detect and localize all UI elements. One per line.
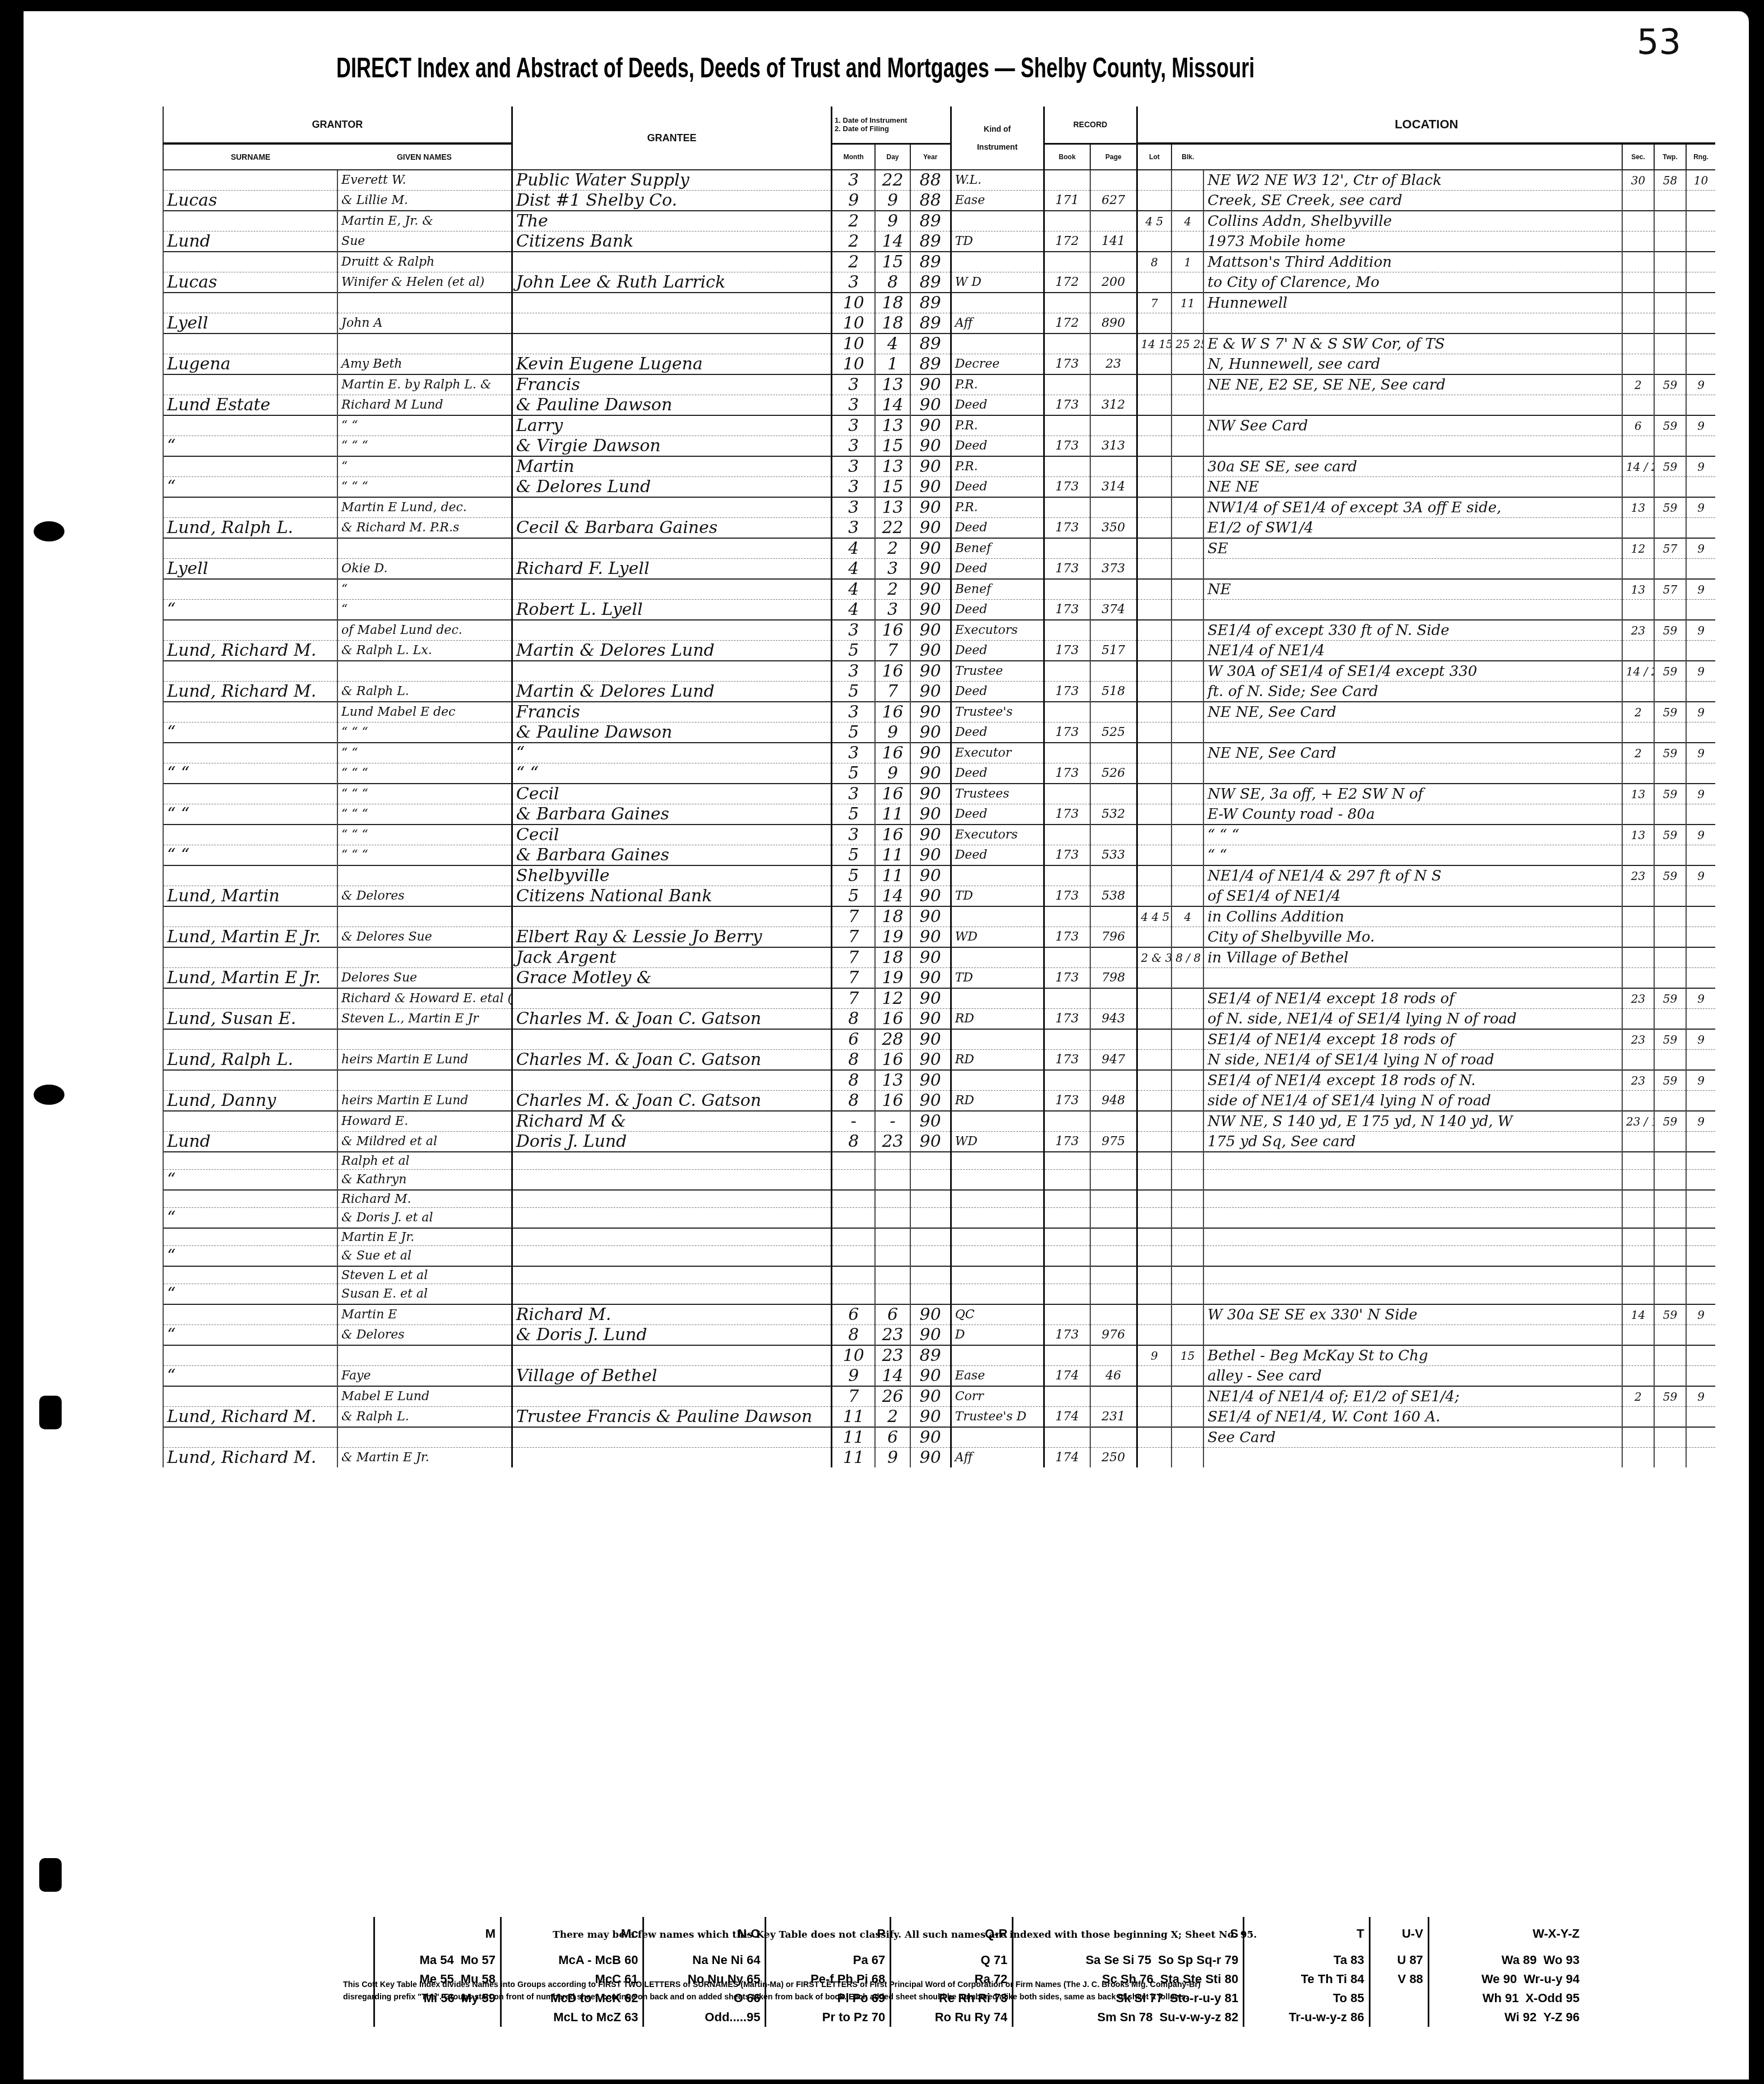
surname-cell xyxy=(163,1190,337,1208)
rng-cell xyxy=(1686,845,1715,866)
twp-cell xyxy=(1654,1407,1686,1428)
blk-cell xyxy=(1172,1284,1203,1305)
lot-cell xyxy=(1137,559,1172,580)
sec-cell: 14 xyxy=(1622,1304,1654,1325)
month-cell: 5 xyxy=(832,763,876,784)
key-group-letter: W-X-Y-Z xyxy=(1428,1917,1584,1951)
twp-cell xyxy=(1654,293,1686,313)
kind-cell: P.R. xyxy=(951,415,1044,436)
year-cell: 90 xyxy=(910,1448,951,1468)
location-cell: E & W S 7' N & S SW Cor, of TS xyxy=(1203,334,1622,354)
year-cell: 90 xyxy=(910,1304,951,1325)
location-cell xyxy=(1203,1448,1622,1468)
year-cell: 90 xyxy=(910,538,951,559)
twp-cell: 59 xyxy=(1654,702,1686,723)
table-row: Lund, Richard M.& Ralph L.Trustee Franci… xyxy=(163,1407,1715,1428)
lot-cell xyxy=(1137,1091,1172,1112)
kind-cell xyxy=(951,1170,1044,1191)
grantee-cell xyxy=(512,1029,831,1050)
month-cell: 6 xyxy=(832,1304,876,1325)
given-names-cell: Sue xyxy=(337,231,512,252)
book-cell xyxy=(1044,661,1090,682)
sec-cell: 23 xyxy=(1622,988,1654,1009)
year-cell: 90 xyxy=(910,784,951,804)
grantee-cell: Charles M. & Joan C. Gatson xyxy=(512,1091,831,1112)
year-cell: 90 xyxy=(910,456,951,477)
year-cell: 90 xyxy=(910,620,951,641)
rng-cell xyxy=(1686,211,1715,231)
year-cell: 89 xyxy=(910,231,951,252)
page-cell xyxy=(1090,1345,1137,1366)
year-cell xyxy=(910,1152,951,1170)
month-cell: 2 xyxy=(832,231,876,252)
year-cell: 90 xyxy=(910,988,951,1009)
twp-cell xyxy=(1654,1228,1686,1246)
lot-cell xyxy=(1137,804,1172,825)
grantee-cell xyxy=(512,988,831,1009)
book-cell: 173 xyxy=(1044,559,1090,580)
key-entry: Sm Sn 78 xyxy=(1098,2010,1153,2024)
day-cell: 19 xyxy=(875,968,910,989)
twp-cell xyxy=(1654,1009,1686,1030)
grantee-cell xyxy=(512,1208,831,1229)
day-cell: 23 xyxy=(875,1132,910,1152)
rng-cell: 9 xyxy=(1686,702,1715,723)
book-cell xyxy=(1044,988,1090,1009)
rng-cell: 9 xyxy=(1686,415,1715,436)
page-cell: 313 xyxy=(1090,436,1137,457)
twp-cell xyxy=(1654,600,1686,620)
blk-cell xyxy=(1172,1009,1203,1030)
sec-cell: 2 xyxy=(1622,702,1654,723)
page-cell: 890 xyxy=(1090,313,1137,334)
lot-header: Lot xyxy=(1137,143,1172,170)
key-entry: Wo 93 xyxy=(1544,1953,1580,1967)
page-cell xyxy=(1090,211,1137,231)
key-entry: Wa 89 xyxy=(1502,1953,1537,1967)
table-row: “& Kathryn xyxy=(163,1170,1715,1191)
grantee-cell: Richard M & xyxy=(512,1111,831,1132)
lot-cell: 4 5 xyxy=(1137,211,1172,231)
kind-cell: Executors xyxy=(951,825,1044,845)
location-cell xyxy=(1203,1170,1622,1191)
surname-cell: Lund, Richard M. xyxy=(163,641,337,661)
month-cell: 5 xyxy=(832,641,876,661)
blk-cell xyxy=(1172,374,1203,395)
twp-cell xyxy=(1654,886,1686,907)
month-cell: 3 xyxy=(832,620,876,641)
kind-cell: Aff xyxy=(951,313,1044,334)
kind-cell xyxy=(951,1246,1044,1267)
page-cell: 517 xyxy=(1090,641,1137,661)
surname-cell: “ xyxy=(163,1170,337,1191)
kind-cell: Trustee's xyxy=(951,702,1044,723)
blk-cell xyxy=(1172,559,1203,580)
year-cell: 90 xyxy=(910,763,951,784)
table-row: Lund, Martin E Jr.& Delores SueElbert Ra… xyxy=(163,927,1715,948)
rng-cell: 9 xyxy=(1686,538,1715,559)
table-row: Lund Mabel E decFrancis31690Trustee'sNE … xyxy=(163,702,1715,723)
table-row: “ ““ “ “& Barbara Gaines51190Deed173532E… xyxy=(163,804,1715,825)
year-cell xyxy=(910,1190,951,1208)
rng-cell xyxy=(1686,354,1715,375)
key-table-note: There may be a few names which this Key … xyxy=(553,1929,1257,1941)
month-cell: 3 xyxy=(832,477,876,498)
month-cell: 7 xyxy=(832,906,876,927)
blk-cell xyxy=(1172,968,1203,989)
page-cell xyxy=(1090,415,1137,436)
given-names-cell: & Ralph L. xyxy=(337,1407,512,1428)
book-cell: 174 xyxy=(1044,1407,1090,1428)
sec-cell xyxy=(1622,1284,1654,1305)
location-cell: E-W County road - 80a xyxy=(1203,804,1622,825)
blk-cell xyxy=(1172,763,1203,784)
grantee-cell xyxy=(512,1386,831,1407)
blk-cell xyxy=(1172,415,1203,436)
kind-cell xyxy=(951,334,1044,354)
key-entry: Tr-u-w-y-z 86 xyxy=(1289,2010,1364,2024)
grantee-cell: Larry xyxy=(512,415,831,436)
key-entry: Ro Ru Ry 74 xyxy=(935,2010,1008,2024)
day-cell: 14 xyxy=(875,395,910,416)
book-cell: 173 xyxy=(1044,886,1090,907)
book-cell: 173 xyxy=(1044,723,1090,743)
page-cell: 533 xyxy=(1090,845,1137,866)
rng-cell xyxy=(1686,231,1715,252)
month-cell: 7 xyxy=(832,968,876,989)
table-row: ““ “ “& Pauline Dawson5990Deed173525 xyxy=(163,723,1715,743)
table-row: “4290BenefNE13579 xyxy=(163,579,1715,600)
grantee-cell: Charles M. & Joan C. Gatson xyxy=(512,1050,831,1071)
page-cell: 312 xyxy=(1090,395,1137,416)
given-names-cell: “ “ “ xyxy=(337,845,512,866)
surname-cell: Lund xyxy=(163,231,337,252)
page-cell xyxy=(1090,1208,1137,1229)
rng-cell xyxy=(1686,477,1715,498)
book-cell: 173 xyxy=(1044,763,1090,784)
blk-cell xyxy=(1172,538,1203,559)
blk-cell xyxy=(1172,191,1203,211)
given-names-cell: & Doris J. et al xyxy=(337,1208,512,1229)
rng-cell: 9 xyxy=(1686,743,1715,763)
rng-cell: 9 xyxy=(1686,1304,1715,1325)
blk-cell xyxy=(1172,170,1203,191)
location-cell: Hunnewell xyxy=(1203,293,1622,313)
lot-cell xyxy=(1137,988,1172,1009)
month-cell: 3 xyxy=(832,518,876,539)
key-entry: Pr to Pz 70 xyxy=(822,2010,885,2024)
book-cell: 173 xyxy=(1044,477,1090,498)
footer-line-2: disregarding prefix "The". Groups start … xyxy=(343,1991,1547,2003)
twp-cell: 59 xyxy=(1654,374,1686,395)
book-cell xyxy=(1044,1246,1090,1267)
page-cell xyxy=(1090,1170,1137,1191)
book-cell xyxy=(1044,1152,1090,1170)
book-cell: 173 xyxy=(1044,641,1090,661)
kind-cell: RD xyxy=(951,1050,1044,1071)
lot-cell xyxy=(1137,272,1172,293)
rng-cell xyxy=(1686,272,1715,293)
rng-cell xyxy=(1686,723,1715,743)
book-cell xyxy=(1044,415,1090,436)
sec-cell xyxy=(1622,927,1654,948)
table-row: 81390SE1/4 of NE1/4 except 18 rods of N.… xyxy=(163,1070,1715,1091)
year-cell: 90 xyxy=(910,415,951,436)
year-cell xyxy=(910,1246,951,1267)
surname-cell: “ xyxy=(163,1325,337,1346)
blk-cell xyxy=(1172,1111,1203,1132)
lot-cell xyxy=(1137,1070,1172,1091)
surname-cell xyxy=(163,211,337,231)
kind-cell: Trustee's D xyxy=(951,1407,1044,1428)
sec-cell xyxy=(1622,906,1654,927)
lot-cell xyxy=(1137,1407,1172,1428)
table-row: ““ “ “& Delores Lund31590Deed173314NE NE xyxy=(163,477,1715,498)
month-cell: 11 xyxy=(832,1448,876,1468)
rng-cell xyxy=(1686,1208,1715,1229)
rng-cell xyxy=(1686,600,1715,620)
lot-cell: 2 & 3 / 4 xyxy=(1137,947,1172,968)
given-names-cell: & Delores xyxy=(337,886,512,907)
twp-cell xyxy=(1654,1170,1686,1191)
book-cell xyxy=(1044,1070,1090,1091)
surname-cell xyxy=(163,252,337,272)
given-names-cell: & Ralph L. xyxy=(337,682,512,702)
blk-cell xyxy=(1172,1427,1203,1448)
grantee-cell xyxy=(512,1170,831,1191)
grantee-cell xyxy=(512,1284,831,1305)
book-cell: 173 xyxy=(1044,395,1090,416)
year-cell: 90 xyxy=(910,641,951,661)
kind-cell: Deed xyxy=(951,600,1044,620)
twp-cell: 57 xyxy=(1654,538,1686,559)
location-cell: side of NE1/4 of SE1/4 lying N of road xyxy=(1203,1091,1622,1112)
rng-cell xyxy=(1686,906,1715,927)
location-cell xyxy=(1203,313,1622,334)
page-cell: 526 xyxy=(1090,763,1137,784)
table-row: Richard & Howard E. etal (Jones) heirs o… xyxy=(163,988,1715,1009)
surname-cell: “ “ xyxy=(163,804,337,825)
kind-cell: W.L. xyxy=(951,170,1044,191)
rng-cell xyxy=(1686,1246,1715,1267)
lot-cell xyxy=(1137,538,1172,559)
deed-index-table: GRANTOR GRANTEE 1. Date of Instrument2. … xyxy=(163,106,1715,1467)
location-cell xyxy=(1203,600,1622,620)
given-names-cell: Amy Beth xyxy=(337,354,512,375)
lot-cell xyxy=(1137,1152,1172,1170)
given-names-cell: & Ralph L. Lx. xyxy=(337,641,512,661)
page-cell: 200 xyxy=(1090,272,1137,293)
day-cell: 22 xyxy=(875,170,910,191)
given-names-cell: “ “ “ xyxy=(337,436,512,457)
given-names-cell: “ “ “ xyxy=(337,804,512,825)
sec-cell xyxy=(1622,191,1654,211)
twp-cell xyxy=(1654,968,1686,989)
month-cell: 4 xyxy=(832,559,876,580)
rng-cell xyxy=(1686,293,1715,313)
surname-cell xyxy=(163,1152,337,1170)
sec-cell xyxy=(1622,723,1654,743)
sec-cell xyxy=(1622,477,1654,498)
kind-cell: Decree xyxy=(951,354,1044,375)
given-names-cell: & Richard M. P.R.s xyxy=(337,518,512,539)
page-cell: 518 xyxy=(1090,682,1137,702)
location-cell: SE1/4 of except 330 ft of N. Side xyxy=(1203,620,1622,641)
year-cell: 90 xyxy=(910,1091,951,1112)
lot-cell xyxy=(1137,641,1172,661)
day-cell: 19 xyxy=(875,927,910,948)
blk-cell xyxy=(1172,886,1203,907)
blk-cell xyxy=(1172,1170,1203,1191)
book-cell xyxy=(1044,1029,1090,1050)
key-entry: McL to McZ 63 xyxy=(553,2010,638,2024)
sec-cell: 14 / 23 xyxy=(1622,456,1654,477)
sec-cell xyxy=(1622,1152,1654,1170)
month-cell: 6 xyxy=(832,1029,876,1050)
grantee-cell: Kevin Eugene Lugena xyxy=(512,354,831,375)
surname-cell xyxy=(163,334,337,354)
sec-cell xyxy=(1622,1266,1654,1284)
grantee-cell: Village of Bethel xyxy=(512,1366,831,1387)
location-cell: Mattson's Third Addition xyxy=(1203,252,1622,272)
twp-cell: 58 xyxy=(1654,170,1686,191)
blk-cell xyxy=(1172,497,1203,518)
footer-instructions: This Cott Key Table Index divides Names … xyxy=(343,1979,1547,2003)
twp-cell: 59 xyxy=(1654,1111,1686,1132)
table-row: “ “Larry31390P.R.NW See Card6599 xyxy=(163,415,1715,436)
page-cell xyxy=(1090,1111,1137,1132)
sec-cell xyxy=(1622,1427,1654,1448)
table-row: LyellOkie D.Richard F. Lyell4390Deed1733… xyxy=(163,559,1715,580)
rng-cell: 9 xyxy=(1686,784,1715,804)
rng-cell: 9 xyxy=(1686,620,1715,641)
twp-cell xyxy=(1654,1132,1686,1152)
book-cell: 172 xyxy=(1044,313,1090,334)
grantee-cell: Martin xyxy=(512,456,831,477)
month-cell xyxy=(832,1284,876,1305)
grantee-cell: Doris J. Lund xyxy=(512,1132,831,1152)
surname-cell: “ xyxy=(163,1284,337,1305)
grantee-cell xyxy=(512,1448,831,1468)
location-cell: 175 yd Sq, See card xyxy=(1203,1132,1622,1152)
day-cell: 9 xyxy=(875,1448,910,1468)
sec-cell xyxy=(1622,436,1654,457)
day-cell: 9 xyxy=(875,211,910,231)
month-cell: 7 xyxy=(832,947,876,968)
twp-cell xyxy=(1654,252,1686,272)
given-names-cell: Martin E, Jr. & xyxy=(337,211,512,231)
location-cell: NE1/4 of NE1/4 of; E1/2 of SE1/4; xyxy=(1203,1386,1622,1407)
surname-cell: “ xyxy=(163,1246,337,1267)
book-cell xyxy=(1044,743,1090,763)
twp-cell xyxy=(1654,763,1686,784)
blk-cell: 11 xyxy=(1172,293,1203,313)
lot-cell xyxy=(1137,1009,1172,1030)
lot-cell xyxy=(1137,865,1172,886)
table-row: “Susan E. et al xyxy=(163,1284,1715,1305)
month-cell: - xyxy=(832,1111,876,1132)
year-cell: 90 xyxy=(910,906,951,927)
table-row: Shelbyville51190NE1/4 of NE1/4 & 297 ft … xyxy=(163,865,1715,886)
grantee-header: GRANTEE xyxy=(512,106,831,170)
surname-cell xyxy=(163,1070,337,1091)
grantee-cell xyxy=(512,579,831,600)
blk-cell xyxy=(1172,1152,1203,1170)
day-cell xyxy=(875,1284,910,1305)
twp-cell: 59 xyxy=(1654,1386,1686,1407)
twp-cell: 59 xyxy=(1654,456,1686,477)
lot-cell xyxy=(1137,1029,1172,1050)
month-cell: 9 xyxy=(832,1366,876,1387)
day-cell: 16 xyxy=(875,825,910,845)
twp-cell xyxy=(1654,1284,1686,1305)
twp-cell: 57 xyxy=(1654,579,1686,600)
table-row: LucasWinifer & Helen (et al)John Lee & R… xyxy=(163,272,1715,293)
key-group-letter: U-V xyxy=(1369,1917,1428,1951)
grantee-cell: & Delores Lund xyxy=(512,477,831,498)
month-cell: 10 xyxy=(832,334,876,354)
kind-cell: TD xyxy=(951,968,1044,989)
lot-cell xyxy=(1137,436,1172,457)
twp-cell xyxy=(1654,211,1686,231)
location-cell: City of Shelbyville Mo. xyxy=(1203,927,1622,948)
book-cell xyxy=(1044,579,1090,600)
day-cell: 2 xyxy=(875,538,910,559)
blk-cell xyxy=(1172,436,1203,457)
twp-cell: 59 xyxy=(1654,497,1686,518)
book-cell: 174 xyxy=(1044,1448,1090,1468)
sec-cell xyxy=(1622,763,1654,784)
grantee-cell: & Barbara Gaines xyxy=(512,804,831,825)
month-cell: 8 xyxy=(832,1325,876,1346)
year-cell: 90 xyxy=(910,1009,951,1030)
book-cell: 174 xyxy=(1044,1366,1090,1387)
book-cell: 173 xyxy=(1044,845,1090,866)
year-cell xyxy=(910,1228,951,1246)
twp-cell xyxy=(1654,1246,1686,1267)
kind-cell: WD xyxy=(951,1132,1044,1152)
rng-cell xyxy=(1686,518,1715,539)
blk-cell xyxy=(1172,1325,1203,1346)
page-cell xyxy=(1090,1266,1137,1284)
kind-cell: Executors xyxy=(951,620,1044,641)
twp-cell: 59 xyxy=(1654,988,1686,1009)
given-names-cell: Faye xyxy=(337,1366,512,1387)
lot-cell xyxy=(1137,1366,1172,1387)
kind-header: Kind ofInstrument xyxy=(951,106,1044,170)
table-row: LugenaAmy BethKevin Eugene Lugena10189De… xyxy=(163,354,1715,375)
surname-cell: Lund, Susan E. xyxy=(163,1009,337,1030)
page-cell xyxy=(1090,1190,1137,1208)
surname-cell: Lyell xyxy=(163,313,337,334)
given-names-cell: heirs Martin E Lund xyxy=(337,1050,512,1071)
location-cell: SE1/4 of NE1/4, W. Cont 160 A. xyxy=(1203,1407,1622,1428)
page-cell: 23 xyxy=(1090,354,1137,375)
surname-cell: Lund, Martin xyxy=(163,886,337,907)
lot-cell xyxy=(1137,1208,1172,1229)
sec-cell xyxy=(1622,1208,1654,1229)
sec-cell xyxy=(1622,1246,1654,1267)
book-cell xyxy=(1044,334,1090,354)
lot-cell: 4 4 5 xyxy=(1137,906,1172,927)
page-cell: 314 xyxy=(1090,477,1137,498)
year-cell: 90 xyxy=(910,825,951,845)
day-cell: 16 xyxy=(875,702,910,723)
surname-cell: “ xyxy=(163,1366,337,1387)
grantee-cell xyxy=(512,252,831,272)
twp-cell xyxy=(1654,1050,1686,1071)
given-names-cell: Okie D. xyxy=(337,559,512,580)
